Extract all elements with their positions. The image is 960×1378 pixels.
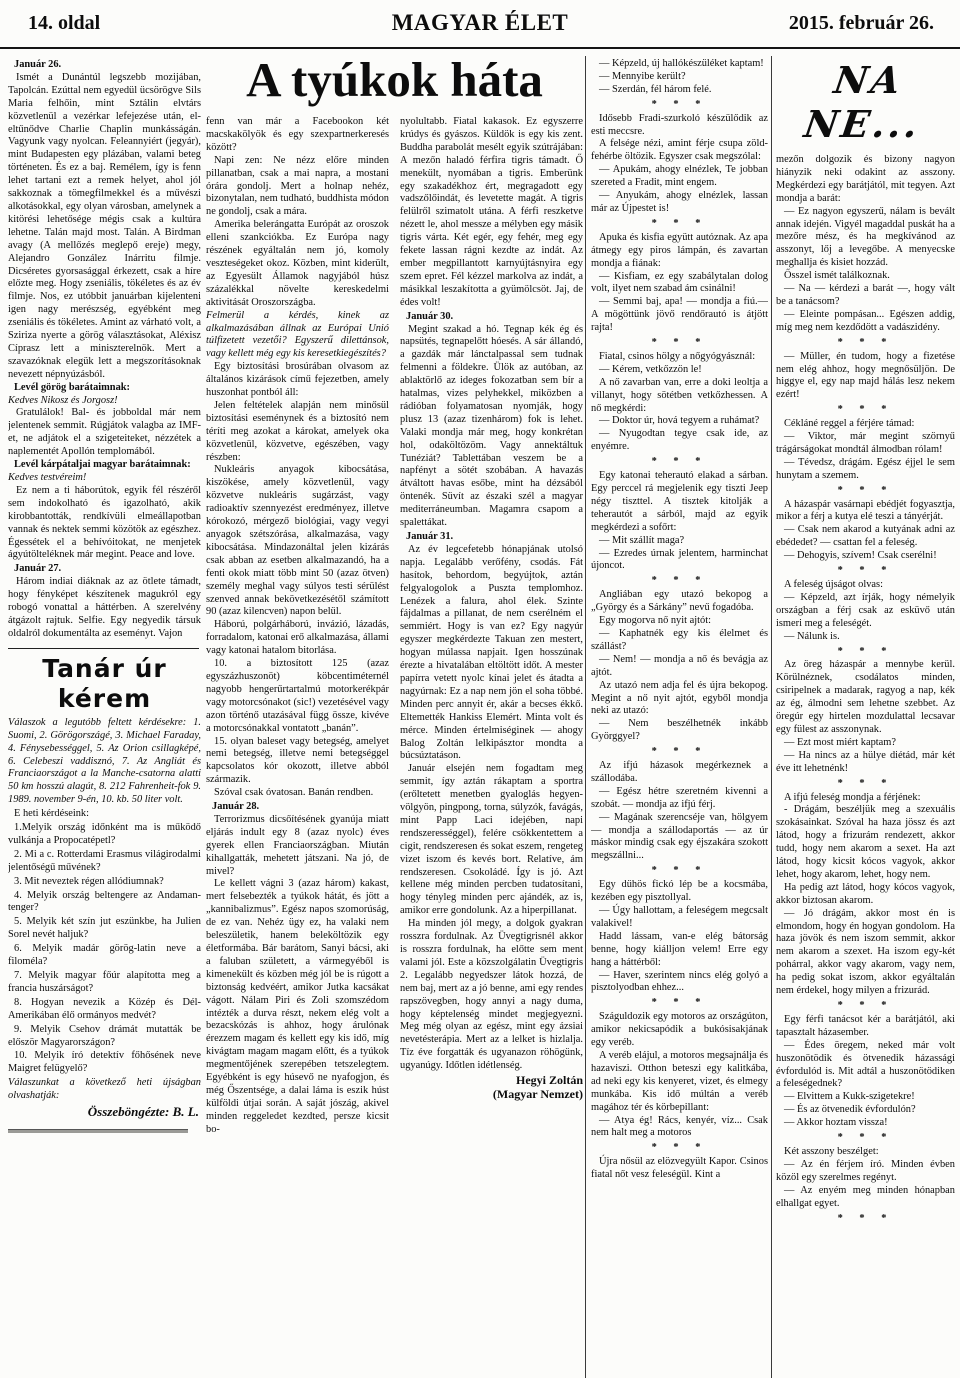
paragraph: Száguldozik egy motoros az országúton, a…: [591, 1011, 768, 1050]
column-divider: [585, 56, 586, 1378]
paragraph: A feleség újságot olvas:: [776, 579, 955, 592]
paragraph: Levél görög barátaimnak:: [8, 382, 201, 395]
paragraph: — És az ötvenedik évfordulón?: [776, 1104, 955, 1117]
paragraph: — Nyugodtan tegye csak ide, az enyémre.: [591, 428, 768, 454]
paragraph: — Szerdán, fél három felé.: [591, 84, 768, 97]
paragraph: Három indiai diáknak az az ötlete támadt…: [8, 576, 201, 641]
separator-stars: * * *: [591, 573, 768, 589]
paragraph: Angliában egy utazó bekopog a „György és…: [591, 589, 768, 615]
paragraph: — Édes öregem, neked már volt huszonötöd…: [776, 1040, 955, 1092]
paragraph: — Viktor, már megint szörnyű trágárságok…: [776, 431, 955, 457]
diary-second-column: fenn van már a Facebookon két macskaköly…: [206, 116, 389, 1137]
paragraph: Egy dühös fickó lép be a kocsmába, kezéb…: [591, 879, 768, 905]
paragraph: — Doktor úr, hová tegyem a ruhámat?: [591, 415, 768, 428]
paragraph: — Az enyém meg minden hónapban elhallgat…: [776, 1185, 955, 1211]
paragraph: 15. olyan baleset vagy betegség, amelyet…: [206, 736, 389, 788]
separator-stars: * * *: [591, 744, 768, 760]
diary-article: A tyúkok háta fenn van már a Facebookon …: [206, 54, 583, 1378]
article-columns: fenn van már a Facebookon két macskaköly…: [206, 116, 583, 1137]
paragraph: Az ifjú házasok megérkeznek a szállodába…: [591, 760, 768, 786]
paragraph: 4. Melyik ország beltengere az Andaman-t…: [8, 890, 201, 916]
paragraph: Szóval csak óvatosan. Banán rendben.: [206, 787, 389, 800]
paragraph: Egy biztosítási brosúrában olvasom az ál…: [206, 361, 389, 400]
paragraph: — Nálunk is.: [776, 631, 955, 644]
separator-stars: * * *: [591, 1140, 768, 1156]
paragraph: 10. Melyik író detektív főhősének neve M…: [8, 1050, 201, 1076]
paragraph: Jelen feltételek alapján nem minősül biz…: [206, 400, 389, 465]
separator-stars: * * *: [591, 216, 768, 232]
paragraph: — Dehogyis, szívem! Csak cserélni!: [776, 550, 955, 563]
paragraph: Napi zen: Ne nézz előre minden pillanatb…: [206, 155, 389, 220]
paragraph: — Nem! — mondja a nő és bevágja az ajtót…: [591, 654, 768, 680]
paragraph: Két asszony beszélget:: [776, 1146, 955, 1159]
paragraph: — Csak nem akarod a kutyának adni az ebé…: [776, 524, 955, 550]
quiz-credit: Összeböngézte: B. L.: [8, 1106, 199, 1119]
paragraph: Apuka és kisfia együtt autóznak. Az apa …: [591, 232, 768, 271]
nane-items: mezőn dolgozik és bizony nagyon hiányzik…: [776, 154, 955, 1226]
paragraph: Levél kárpátaljai magyar barátaimnak:: [8, 459, 201, 472]
paragraph: Az év legcefetebb hónapjának utolsó napj…: [400, 544, 583, 763]
nane-column: NA NE... mezőn dolgozik és bizony nagyon…: [776, 58, 955, 1378]
paragraph: Gratulálok! Bal- és jobboldal már nem je…: [8, 407, 201, 459]
paragraph: fenn van már a Facebookon két macskaköly…: [206, 116, 389, 155]
separator-stars: * * *: [591, 97, 768, 113]
paragraph: E heti kérdéseink:: [8, 808, 201, 821]
separator-stars: * * *: [776, 402, 955, 418]
paragraph: — Semmi baj, apa! — mondja a fiú.— A mög…: [591, 296, 768, 335]
paragraph: Kedves Nikosz és Jorgosz!: [8, 395, 201, 408]
paragraph: — Atya ég! Rács, kenyér, víz... Csak nem…: [591, 1115, 768, 1141]
paragraph: — Jó drágám, akkor most én is elmondom, …: [776, 908, 955, 998]
paragraph: Felmerül a kérdés, kinek az alkalmazásáb…: [206, 310, 389, 362]
header-rule: [0, 47, 960, 49]
paragraph: 8. Hogyan nevezik a Közép és Dél-Ameriká…: [8, 997, 201, 1023]
date-heading: Január 31.: [400, 531, 583, 544]
paragraph: 1.Melyik ország időnként ma is működő vu…: [8, 822, 201, 848]
separator-stars: * * *: [776, 335, 955, 351]
paragraph: — Nem beszélhetnék inkább Györggyel?: [591, 718, 768, 744]
paragraph: 9. Melyik Csehov drámát mutatták be elős…: [8, 1024, 201, 1050]
paragraph: — Magának szerencséje van, hölgyem — mon…: [591, 812, 768, 864]
quiz-title: Tanár úr kérem: [8, 654, 201, 714]
quiz-items: Válaszok a legutóbb feltett kérdésekre: …: [8, 717, 201, 1103]
paragraph: mezőn dolgozik és bizony nagyon hiányzik…: [776, 154, 955, 206]
date-heading: Január 26.: [8, 59, 201, 72]
paragraph: 5. Melyik két szín jut eszünkbe, ha Juli…: [8, 916, 201, 942]
paragraph: Egy férfi tanácsot kér a barátjától, aki…: [776, 1014, 955, 1040]
paragraph: Hadd lássam, van-e elég bátorság benne, …: [591, 931, 768, 970]
paragraph: — Ez nagyon egyszerű, nálam is bevált an…: [776, 206, 955, 271]
separator-stars: * * *: [776, 1130, 955, 1146]
date-heading: Január 30.: [400, 311, 583, 324]
paragraph: — Ha nincs az a hülye diétád, már két év…: [776, 750, 955, 776]
diary-third-column: nyolultabb. Fiatal kakasok. Ez egyszerre…: [400, 116, 583, 1137]
separator-stars: * * *: [776, 563, 955, 579]
separator-stars: * * *: [776, 644, 955, 660]
byline-source: (Magyar Nemzet): [400, 1087, 583, 1101]
paragraph: Terrorizmus dicsőítésének gyanúja miatt …: [206, 814, 389, 879]
separator-stars: * * *: [591, 863, 768, 879]
section-rule: [8, 648, 199, 649]
date-heading: Január 27.: [8, 563, 201, 576]
paragraph: A felsége nézi, amint férje csupa zöld-f…: [591, 138, 768, 164]
bottom-rule: [8, 1129, 188, 1133]
paragraph: Idősebb Fradi-szurkoló készülődik az est…: [591, 113, 768, 139]
paragraph: Le kellett vágni 3 (azaz három) kakast, …: [206, 878, 389, 1136]
diary-text-block: Január 26.Ismét a Dunántúl legszebb mozi…: [8, 59, 201, 641]
date-heading: Január 28.: [206, 801, 389, 814]
nane-title: NA NE...: [776, 58, 955, 146]
paragraph: — Eleinte pompásan... Egészen addig, míg…: [776, 309, 955, 335]
paragraph: Nukleáris anyagok kibocsátása, kiszökése…: [206, 464, 389, 619]
paragraph: Cékláné reggel a férjére támad:: [776, 418, 955, 431]
paragraph: — Haver, szerintem nincs elég golyó a pi…: [591, 970, 768, 996]
paragraph: A veréb elájul, a motoros megsajnálja és…: [591, 1050, 768, 1115]
separator-stars: * * *: [591, 454, 768, 470]
quiz-section: Tanár úr kérem Válaszok a legutóbb felte…: [8, 654, 201, 1119]
column-divider: [771, 56, 772, 1378]
paragraph: — Na — kérdezi a barát —, hogy vált be a…: [776, 283, 955, 309]
paragraph: Egy katonai teherautó elakad a sárban. E…: [591, 470, 768, 535]
paragraph: A házaspár vasárnapi ebédjét fogyasztja,…: [776, 499, 955, 525]
paragraph: Ez nem a ti háborútok, egyik fél részérő…: [8, 485, 201, 562]
paragraph: Válaszok a legutóbb feltett kérdésekre: …: [8, 717, 201, 807]
paragraph: — Akkor hoztam vissza!: [776, 1117, 955, 1130]
paragraph: 3. Mit neveztek régen allódiumnak?: [8, 876, 201, 889]
separator-stars: * * *: [776, 998, 955, 1014]
paragraph: 2. Mi a c. Rotterdami Erasmus világiroda…: [8, 849, 201, 875]
paragraph: 6. Melyik madár görög-latin neve a filom…: [8, 943, 201, 969]
paragraph: Az öreg házaspár a mennybe kerül. Körüln…: [776, 659, 955, 736]
paragraph: Kedves testvéreim!: [8, 472, 201, 485]
paragraph: — Egész hétre szeretném kivenni a szobát…: [591, 786, 768, 812]
article-title: A tyúkok háta: [206, 54, 583, 106]
paragraph: Fiatal, csinos hölgy a nőgyógyásznál:: [591, 351, 768, 364]
paragraph: Válaszunkat a következő heti újságban ol…: [8, 1077, 201, 1103]
paragraph: — Apukám, ahogy elnézlek, Te jobban szer…: [591, 164, 768, 190]
separator-stars: * * *: [776, 776, 955, 792]
paragraph: Amerika belerángatta Európát az oroszok …: [206, 219, 389, 309]
separator-stars: * * *: [776, 483, 955, 499]
paragraph: — Képzeld, új hallókészüléket kaptam!: [591, 58, 768, 71]
paragraph: — Az én férjem író. Minden évben közöl e…: [776, 1159, 955, 1185]
diary-text-block: nyolultabb. Fiatal kakasok. Ez egyszerre…: [400, 116, 583, 1073]
paragraph: A nő zavarban van, erre a doki leoltja a…: [591, 377, 768, 416]
paragraph: Január elsején nem fogadtam meg semmit, …: [400, 763, 583, 918]
paragraph: — Mennyibe került?: [591, 71, 768, 84]
paragraph: — Úgy hallottam, a feleségem megcsalt va…: [591, 905, 768, 931]
separator-stars: * * *: [591, 995, 768, 1011]
paragraph: Újra nősül az elözvegyült Kapor. Csinos …: [591, 1156, 768, 1182]
paragraph: Háború, polgárháború, invázió, lázadás, …: [206, 619, 389, 658]
paragraph: — Képzeld, azt írják, hogy némelyik orsz…: [776, 592, 955, 631]
issue-date: 2015. február 26.: [789, 12, 934, 35]
paragraph: Ősszel ismét találkoznak.: [776, 270, 955, 283]
paragraph: — Tévedsz, drágám. Egész éjjel le sem hu…: [776, 457, 955, 483]
paragraph: - Drágám, beszéljük meg a szexuális szok…: [776, 804, 955, 881]
paragraph: Az utazó nem adja fel és újra bekopog. M…: [591, 680, 768, 719]
paragraph: — Kaphatnék egy kis élelmet és szállást?: [591, 628, 768, 654]
paragraph: Egy mogorva nő nyit ajtót:: [591, 615, 768, 628]
paragraph: Ha minden jól megy, a dolgok gyakran ros…: [400, 918, 583, 1073]
paragraph: nyolultabb. Fiatal kakasok. Ez egyszerre…: [400, 116, 583, 310]
paragraph: — Elvittem a Kukk-szigetekre!: [776, 1091, 955, 1104]
paragraph: — Mit szállít maga?: [591, 535, 768, 548]
paragraph: — Ezredes úrnak jelentem, harminchat újo…: [591, 548, 768, 574]
paragraph: — Müller, én tudom, hogy a fizetése nem …: [776, 351, 955, 403]
separator-stars: * * *: [591, 335, 768, 351]
paragraph: — Kisfiam, ez egy szabálytalan dolog vol…: [591, 271, 768, 297]
paragraph: — Ezt most miért kaptam?: [776, 737, 955, 750]
diary-first-column: Január 26.Ismét a Dunántúl legszebb mozi…: [8, 58, 201, 1378]
byline-name: Hegyi Zoltán: [400, 1073, 583, 1087]
paragraph: — Kérem, vetkőzzön le!: [591, 364, 768, 377]
paragraph: — Anyukám, ahogy elnézlek, lassan már az…: [591, 190, 768, 216]
jokes-column: — Képzeld, új hallókészüléket kaptam!— M…: [591, 58, 768, 1378]
newspaper-page: 14. oldal MAGYAR ÉLET 2015. február 26. …: [0, 0, 960, 1378]
paragraph: 7. Melyik magyar főúr alapította meg a f…: [8, 970, 201, 996]
paragraph: 10. a biztosított 125 (azaz egyszázhuszo…: [206, 658, 389, 735]
paragraph: Ismét a Dunántúl legszebb mozijában, Tap…: [8, 72, 201, 382]
paragraph: A ifjú feleség mondja a férjének:: [776, 792, 955, 805]
separator-stars: * * *: [776, 1211, 955, 1227]
paragraph: Megint szakad a hó. Tegnap kék ég és nap…: [400, 324, 583, 531]
paragraph: Ha pedig azt látod, hogy kócos vagyok, a…: [776, 882, 955, 908]
